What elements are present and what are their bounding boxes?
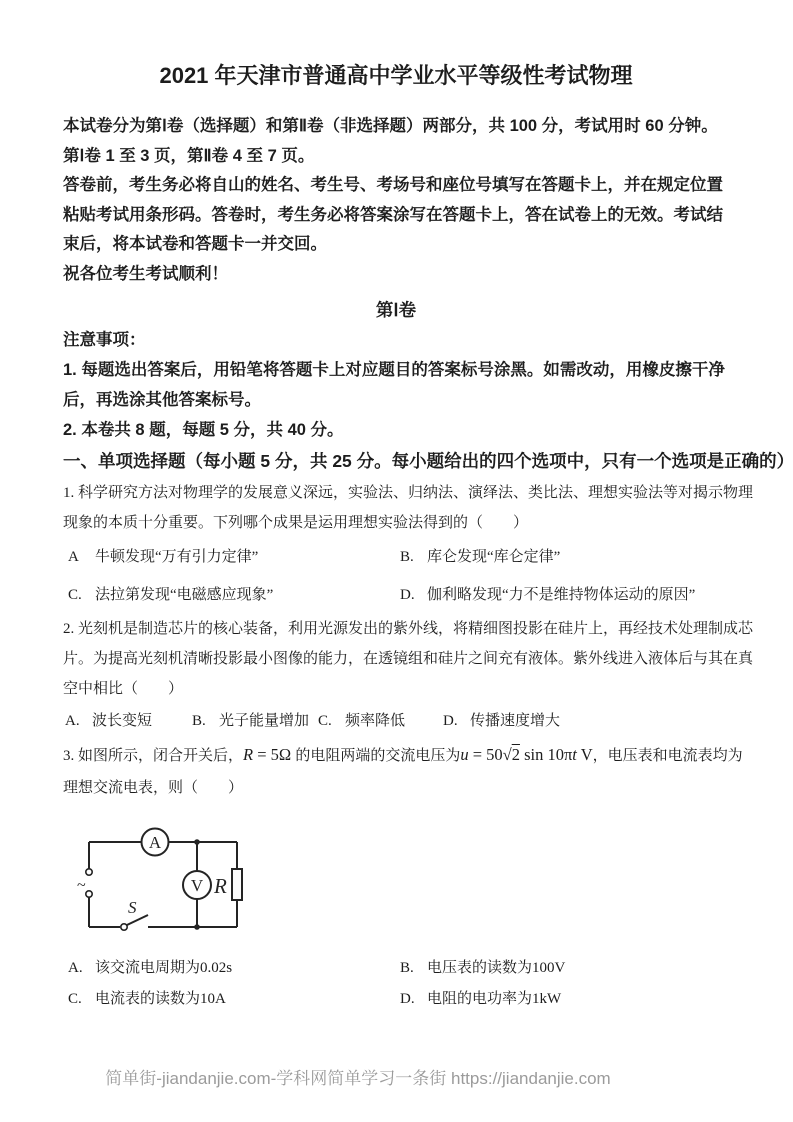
formula-text: = 5Ω (253, 745, 295, 764)
sqrt-radicand: 2 (512, 745, 520, 764)
option-label: C. (68, 576, 95, 614)
ac-source-icon: ~ (77, 877, 86, 894)
option-d: D.伽利略发现“力不是维持物体运动的原因” (400, 576, 729, 614)
notes-heading: 注意事项： (63, 325, 729, 355)
option-label: B. (400, 538, 427, 576)
option-label: D. (400, 984, 427, 1015)
question-3-text: ，电压表和电流表均为 (593, 748, 743, 764)
option-a: A牛顿发现“万有引力定律” (68, 538, 400, 576)
ac-source-terminal-top (86, 869, 92, 875)
question-2-options: A.波长变短 B.光子能量增加 C.频率降低 D.传播速度增大 (63, 704, 729, 738)
option-text: 光子能量增加 (219, 713, 309, 729)
option-label: D. (443, 704, 470, 738)
formula-text: = 50 (469, 745, 503, 764)
option-text: 传播速度增大 (470, 713, 560, 729)
switch-label: S (128, 898, 137, 917)
page-title: 2021 年天津市普通高中学业水平等级性考试物理 (63, 62, 729, 90)
question-1-line: 1. 科学研究方法对物理学的发展意义深远，实验法、归纳法、演绎法、类比法、理想实… (63, 478, 729, 508)
intro-line: 祝各位考生考试顺利！ (63, 260, 729, 290)
question-3-line-1: 3. 如图所示，闭合开关后，R = 5Ω 的电阻两端的交流电压为u = 50√2… (63, 738, 729, 773)
junction-node-top (194, 839, 200, 845)
option-c: C.频率降低 (318, 704, 443, 738)
option-text: 频率降低 (345, 713, 405, 729)
option-a: A.波长变短 (65, 704, 192, 738)
junction-node-bottom (194, 924, 200, 930)
option-text: 电压表的读数为100V (427, 960, 565, 976)
exam-paper-page: 2021 年天津市普通高中学业水平等级性考试物理 本试卷分为第Ⅰ卷（选择题）和第… (0, 0, 793, 1122)
option-c: C.电流表的读数为10A (68, 984, 400, 1015)
intro-line: 本试卷分为第Ⅰ卷（选择题）和第Ⅱ卷（非选择题）两部分，共 100 分，考试用时 … (63, 112, 729, 142)
option-text: 电流表的读数为10A (95, 991, 226, 1007)
voltmeter-label: V (191, 876, 204, 895)
option-text: 法拉第发现“电磁感应现象” (95, 587, 273, 603)
formula-text: sin 10π (520, 745, 572, 764)
option-b: B.电压表的读数为100V (400, 953, 729, 984)
variable-R: R (243, 745, 253, 764)
question-3-options: A.该交流电周期为0.02s B.电压表的读数为100V C.电流表的读数为10… (63, 953, 729, 1015)
circuit-diagram: ~ S A V R (63, 817, 729, 945)
question-3-text: 的电阻两端的交流电压为 (295, 748, 460, 764)
switch-contact (121, 924, 127, 930)
option-b: B.库仑发现“库仑定律” (400, 538, 729, 576)
ammeter-label: A (149, 833, 162, 852)
variable-u: u (460, 745, 468, 764)
option-c: C.法拉第发现“电磁感应现象” (68, 576, 400, 614)
volume-1-heading: 第Ⅰ卷 (63, 295, 729, 325)
option-label: A (68, 538, 95, 576)
question-1-options: A牛顿发现“万有引力定律” B.库仑发现“库仑定律” C.法拉第发现“电磁感应现… (63, 538, 729, 614)
intro-line: 答卷前，考生务必将自山的姓名、考生号、考场号和座位号填写在答题卡上，并在规定位置 (63, 171, 729, 201)
question-3-text: 3. 如图所示，闭合开关后， (63, 748, 243, 764)
resistance-formula: R = 5Ω (243, 745, 295, 764)
note-line: 后，再选涂其他答案标号。 (63, 385, 729, 415)
option-text: 库仑发现“库仑定律” (427, 549, 560, 565)
voltage-formula: u = 50√2 sin 10πt V (460, 745, 592, 764)
section-1-heading: 一、单项选择题（每小题 5 分，共 25 分。每小题给出的四个选项中，只有一个选… (63, 445, 729, 478)
option-d: D.电阻的电功率为1kW (400, 984, 729, 1015)
option-label: A. (68, 953, 95, 984)
ac-source-terminal-bottom (86, 891, 92, 897)
option-d: D.传播速度增大 (443, 704, 729, 738)
question-2-line: 空中相比（ ） (63, 674, 729, 704)
option-b: B.光子能量增加 (192, 704, 318, 738)
question-3-line-2: 理想交流电表，则（ ） (63, 773, 729, 803)
formula-unit: V (577, 745, 593, 764)
option-label: D. (400, 576, 427, 614)
option-label: A. (65, 704, 92, 738)
sqrt-radical: √ (503, 745, 512, 764)
resistor-icon (232, 869, 242, 900)
footer-watermark: 简单街-jiandanjie.com-学科网简单学习一条街 https://ji… (0, 1067, 716, 1091)
intro-block: 本试卷分为第Ⅰ卷（选择题）和第Ⅱ卷（非选择题）两部分，共 100 分，考试用时 … (63, 112, 729, 289)
option-label: B. (192, 704, 219, 738)
intro-line: 束后，将本试卷和答题卡一并交回。 (63, 230, 729, 260)
option-text: 该交流电周期为0.02s (95, 960, 232, 976)
option-text: 伽利略发现“力不是维持物体运动的原因” (427, 587, 695, 603)
option-label: C. (318, 704, 345, 738)
intro-line: 粘贴考试用条形码。答卷时，考生务必将答案涂写在答题卡上，答在试卷上的无效。考试结 (63, 201, 729, 231)
intro-line: 第Ⅰ卷 1 至 3 页，第Ⅱ卷 4 至 7 页。 (63, 142, 729, 172)
option-label: C. (68, 984, 95, 1015)
note-line: 1. 每题选出答案后，用铅笔将答题卡上对应题目的答案标号涂黑。如需改动，用橡皮擦… (63, 355, 729, 385)
question-2-line: 2. 光刻机是制造芯片的核心装备，利用光源发出的紫外线，将精细图投影在硅片上，再… (63, 614, 729, 644)
question-1-line: 现象的本质十分重要。下列哪个成果是运用理想实验法得到的（ ） (63, 508, 729, 538)
option-label: B. (400, 953, 427, 984)
note-line: 2. 本卷共 8 题，每题 5 分，共 40 分。 (63, 415, 729, 445)
option-text: 波长变短 (92, 713, 152, 729)
question-2-line: 片。为提高光刻机清晰投影最小图像的能力，在透镜组和硅片之间充有液体。紫外线进入液… (63, 644, 729, 674)
option-text: 牛顿发现“万有引力定律” (95, 549, 258, 565)
option-text: 电阻的电功率为1kW (427, 991, 561, 1007)
option-a: A.该交流电周期为0.02s (68, 953, 400, 984)
resistor-label: R (213, 874, 227, 898)
